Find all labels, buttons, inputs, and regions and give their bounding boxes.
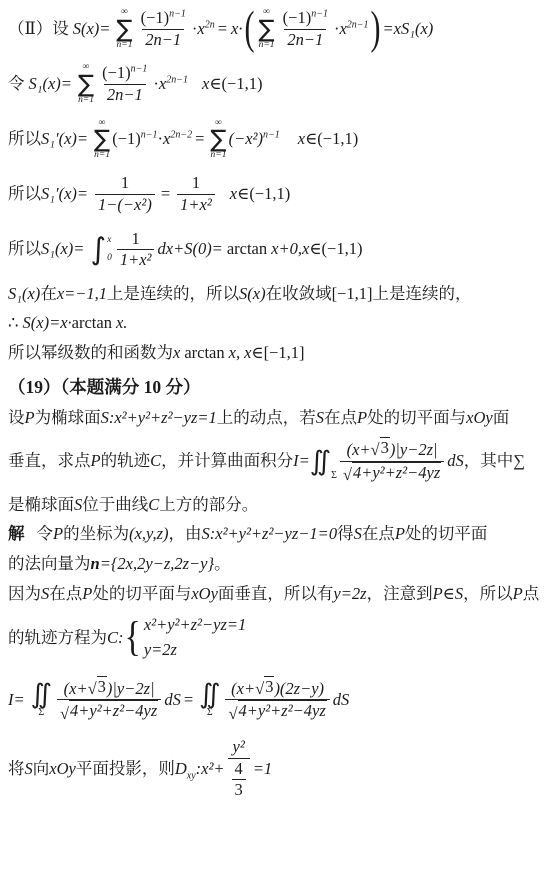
case-equation-1: x²+y²+z²−yz=1 bbox=[144, 613, 246, 638]
differential: dS bbox=[333, 690, 350, 711]
word-therefore: 所以 bbox=[8, 129, 41, 150]
expr: C: bbox=[107, 628, 124, 649]
differential: dx bbox=[157, 239, 173, 260]
radical: √3 bbox=[371, 437, 390, 459]
text: ，并计算曲面积分 bbox=[161, 451, 293, 472]
expr: x=−1,1 bbox=[57, 284, 107, 305]
text: 的坐标为 bbox=[63, 524, 129, 545]
text: 在收敛域 bbox=[266, 284, 332, 305]
big-fraction: (x+√3)|y−2z| √4+y²+z²−4yz bbox=[340, 437, 444, 486]
text: 在 bbox=[40, 284, 57, 305]
text: 在点 bbox=[362, 524, 395, 545]
part-label: （Ⅱ）设 bbox=[8, 19, 69, 40]
numerator: (x+√3)|y−2z| bbox=[344, 437, 441, 461]
expr: S bbox=[41, 584, 49, 605]
equals: = bbox=[161, 184, 170, 205]
power-term: x2n−2 bbox=[163, 129, 192, 150]
expr: S bbox=[316, 408, 324, 429]
summation-operator: ∞ ∑ n=1 bbox=[94, 119, 110, 161]
line-conclusion: ∴ S(x)=x· arctan x. bbox=[8, 313, 544, 334]
expr-rhs: =xS₁(x) bbox=[383, 19, 434, 40]
numerator: (x+√3)|y−2z| bbox=[61, 676, 158, 700]
fraction: (−1)n−1 2n−1 bbox=[280, 8, 331, 50]
differential: dS bbox=[164, 690, 181, 711]
expr: S:x²+y²+z²−yz=1 bbox=[101, 408, 217, 429]
text: 处的切平面与 bbox=[92, 584, 191, 605]
expr: x bbox=[173, 343, 180, 364]
sigma-icon: ∑ bbox=[78, 73, 94, 96]
word-let: 令 bbox=[8, 74, 25, 95]
fraction: (−1)n−1 2n−1 bbox=[99, 63, 150, 105]
double-integral-icon: ∬ bbox=[31, 681, 52, 708]
sigma-surface: ∑ bbox=[513, 451, 525, 472]
line-derivative-closed-form: 所以 S₁′(x)= 1 1−(−x²) = 1 1+x² x∈(−1,1) bbox=[8, 173, 544, 215]
equation-system: x²+y²+z²−yz=1 y=2z bbox=[144, 613, 246, 663]
arctan: arctan bbox=[72, 313, 112, 334]
sigma-icon: ∑ bbox=[210, 128, 226, 151]
sigma-icon: ∑ bbox=[94, 128, 110, 151]
power-term: x2n−1 bbox=[339, 19, 368, 40]
domain: x∈[−1,1] bbox=[244, 343, 304, 364]
line-s1-definition: 令 S₁(x)= ∞ ∑ n=1 (−1)n−1 2n−1 · x2n−1 x∈… bbox=[8, 63, 544, 105]
word-therefore: 所以 bbox=[8, 239, 41, 260]
inner-numerator: 4 bbox=[232, 759, 246, 780]
line-problem-2-integral: 垂直，求点 P 的轨迹 C ，并计算曲面积分 I= ∬Σ (x+√3)|y−2z… bbox=[8, 437, 544, 486]
domain: x∈(−1,1) bbox=[202, 74, 262, 95]
text: 面 bbox=[493, 408, 510, 429]
expr: xOy bbox=[466, 408, 493, 429]
fraction: 1 1+x² bbox=[177, 173, 215, 215]
numerator: 1 bbox=[189, 173, 203, 194]
text: 上是连续的，所以 bbox=[107, 284, 239, 305]
denominator: √4+y²+z²−4yz bbox=[340, 461, 444, 486]
text: 因为 bbox=[8, 584, 41, 605]
expr-lhs: S₁′(x)= bbox=[41, 184, 88, 205]
numerator: y² bbox=[230, 737, 248, 758]
text: 设 bbox=[8, 408, 25, 429]
big-fraction: (x+√3)(2z−y) √4+y²+z²−4yz bbox=[225, 676, 329, 725]
integral-domain-sigma: Σ bbox=[207, 708, 213, 718]
arctan: arctan bbox=[227, 239, 267, 260]
text: ，所以 bbox=[463, 584, 513, 605]
expr: x. bbox=[116, 313, 127, 334]
summation-operator: ∞ ∑ n=1 bbox=[78, 63, 94, 105]
summation-operator: ∞ ∑ n=1 bbox=[258, 8, 274, 50]
word-therefore: 所以 bbox=[8, 184, 41, 205]
text: ，由 bbox=[169, 524, 202, 545]
integral-limits: x0 bbox=[107, 235, 112, 265]
radical: √4+y²+z²−4yz bbox=[343, 462, 441, 484]
text: 是椭球面 bbox=[8, 495, 74, 516]
line-normal-vector: 的法向量为 n ={2x,2y−z,2z−y} 。 bbox=[8, 554, 544, 575]
domain: x∈(−1,1) bbox=[298, 129, 358, 150]
expr: P bbox=[82, 584, 92, 605]
text: 的轨迹方程为 bbox=[8, 628, 107, 649]
expr-lhs: S₁(x)= bbox=[29, 74, 72, 95]
double-integral-icon: ∬ bbox=[310, 446, 331, 477]
domain: x∈(−1,1) bbox=[302, 239, 362, 260]
numerator: (−1)n−1 bbox=[280, 8, 331, 29]
text: 所以幂级数的和函数为 bbox=[8, 343, 173, 364]
denominator: 2n−1 bbox=[104, 84, 146, 106]
numerator: 1 bbox=[129, 229, 143, 250]
text: 在点 bbox=[324, 408, 357, 429]
text: 点 bbox=[523, 584, 540, 605]
expr-lhs: S(x)= bbox=[73, 19, 111, 40]
denominator: √4+y²+z²−4yz bbox=[57, 699, 161, 724]
expr-lhs: I= bbox=[8, 690, 25, 711]
expr-lhs: S₁(x)= bbox=[41, 239, 84, 260]
integral-icon: ∫ bbox=[90, 235, 106, 265]
expr: I= bbox=[293, 451, 310, 472]
differential: dS bbox=[447, 451, 464, 472]
text: 向 bbox=[33, 759, 50, 780]
vector-n: n bbox=[91, 554, 100, 575]
text: 将 bbox=[8, 759, 25, 780]
expr: S:x²+y²+z²−yz−1=0 bbox=[202, 524, 338, 545]
double-integral-icon: ∬ bbox=[199, 681, 220, 708]
expr: P bbox=[513, 584, 523, 605]
equals: = bbox=[218, 19, 227, 40]
text: 处的切平面 bbox=[405, 524, 488, 545]
denominator: 1+x² bbox=[117, 249, 155, 271]
expr: S(x) bbox=[239, 284, 266, 305]
domain: x∈(−1,1) bbox=[230, 184, 290, 205]
radical: √4+y²+z²−4yz bbox=[60, 700, 158, 722]
inner-denominator: 3 bbox=[232, 779, 246, 801]
expr: P bbox=[395, 524, 405, 545]
expr: P bbox=[91, 451, 101, 472]
power-term: x2n−1 bbox=[159, 74, 188, 95]
radical: √4+y²+z²−4yz bbox=[228, 700, 326, 722]
math-solution-document: （Ⅱ）设 S(x)= ∞ ∑ n=1 (−1)n−1 2n−1 · x2n = … bbox=[0, 0, 550, 870]
line-perpendicular-condition: 因为 S 在点 P 处的切平面与 xOy 面垂直，所以有 y=2z ，注意到 P… bbox=[8, 584, 544, 605]
text: 处的切平面与 bbox=[367, 408, 466, 429]
fraction: 1 1+x² bbox=[117, 229, 155, 271]
integral-domain-sigma: Σ bbox=[331, 470, 337, 481]
numerator: 1 bbox=[118, 173, 132, 194]
radical-icon: √ bbox=[371, 442, 380, 459]
text: 。 bbox=[214, 554, 231, 575]
double-integral-operator: ∬ Σ bbox=[31, 681, 52, 718]
radical: √3 bbox=[255, 676, 274, 698]
domain-symbol: Dxy bbox=[175, 759, 196, 780]
problem-heading: （19）（本题满分 10 分） bbox=[8, 377, 544, 399]
text: 的轨迹 bbox=[101, 451, 151, 472]
line-integral-recovery: 所以 S₁(x)= ∫ x0 1 1+x² dx +S(0)= arctan x… bbox=[8, 229, 544, 271]
text: 为椭球面 bbox=[35, 408, 101, 429]
expr: =1 bbox=[253, 759, 272, 780]
line-sum-function: 所以幂级数的和函数为 x arctan x, x∈[−1,1] bbox=[8, 343, 544, 364]
numerator: (x+√3)(2z−y) bbox=[228, 676, 327, 700]
radical: √3 bbox=[88, 676, 107, 698]
line-continuity: S₁(x) 在 x=−1,1 上是连续的，所以 S(x) 在收敛域 [−1,1]… bbox=[8, 284, 544, 305]
expr: S(x)=x· bbox=[23, 313, 72, 334]
denominator: 1−(−x²) bbox=[95, 194, 155, 216]
expr: S bbox=[354, 524, 362, 545]
expr: S bbox=[25, 759, 33, 780]
mid-terms: +S(0)= bbox=[173, 239, 223, 260]
expr: x, bbox=[229, 343, 240, 364]
expr: C bbox=[150, 451, 161, 472]
integral-domain-sigma: Σ bbox=[38, 708, 44, 718]
radical-icon: √ bbox=[60, 706, 69, 723]
expr: xOy bbox=[191, 584, 218, 605]
text: 面垂直，所以有 bbox=[218, 584, 334, 605]
denominator: √4+y²+z²−4yz bbox=[225, 699, 329, 724]
text: 上方的部分。 bbox=[159, 495, 258, 516]
expr: P bbox=[25, 408, 35, 429]
sum-lower-limit: n=1 bbox=[94, 151, 110, 161]
line-problem-1: 设 P 为椭球面 S:x²+y²+z²−yz=1 上的动点，若 S 在点 P 处… bbox=[8, 408, 544, 429]
sum-lower-limit: n=1 bbox=[259, 41, 275, 51]
double-integral-operator: ∬Σ bbox=[310, 448, 337, 476]
text: 上的动点，若 bbox=[217, 408, 316, 429]
interval: [−1,1] bbox=[332, 284, 373, 305]
text: 得 bbox=[337, 524, 354, 545]
inner-fraction: 4 3 bbox=[232, 759, 246, 801]
text: 的法向量为 bbox=[8, 554, 91, 575]
expr: P bbox=[53, 524, 63, 545]
summation-operator: ∞ ∑ n=1 bbox=[116, 8, 132, 50]
sum-lower-limit: n=1 bbox=[78, 96, 94, 106]
series-term: (−x²)n−1 bbox=[229, 129, 280, 150]
denominator: 2n−1 bbox=[284, 29, 326, 51]
text: 垂直，求点 bbox=[8, 451, 91, 472]
factor-x: x· bbox=[231, 19, 242, 40]
numerator: (−1)n−1 bbox=[138, 8, 189, 29]
fraction: (−1)n−1 2n−1 bbox=[138, 8, 189, 50]
denominator: 2n−1 bbox=[142, 29, 184, 51]
line-problem-3: 是椭球面 S 位于曲线 C 上方的部分。 bbox=[8, 495, 544, 516]
series-term: (−1)n−1 bbox=[112, 129, 157, 150]
arctan: arctan bbox=[184, 343, 224, 364]
sum-lower-limit: n=1 bbox=[117, 41, 133, 51]
expr: xOy bbox=[49, 759, 76, 780]
tail-terms: x+0, bbox=[271, 239, 302, 260]
therefore-icon: ∴ bbox=[8, 313, 19, 334]
summation-operator: ∞ ∑ n=1 bbox=[210, 119, 226, 161]
integral-operator: ∫ x0 bbox=[90, 235, 111, 265]
expr: P bbox=[357, 408, 367, 429]
text: 上是连续的， bbox=[373, 284, 472, 305]
radical-icon: √ bbox=[343, 467, 352, 484]
word-solution: 解 bbox=[8, 524, 25, 545]
big-fraction: (x+√3)|y−2z| √4+y²+z²−4yz bbox=[57, 676, 161, 725]
denominator: 4 3 bbox=[228, 758, 250, 801]
text: 在点 bbox=[49, 584, 82, 605]
equals: = bbox=[195, 129, 204, 150]
double-integral-operator: ∬ Σ bbox=[199, 681, 220, 718]
line-derivative-series: 所以 S₁′(x)= ∞ ∑ n=1 (−1)n−1 · x2n−2 = ∞ ∑… bbox=[8, 119, 544, 161]
nested-fraction: y² 4 3 bbox=[228, 737, 250, 801]
fraction: 1 1−(−x²) bbox=[95, 173, 155, 215]
sigma-icon: ∑ bbox=[258, 18, 274, 41]
text: ，注意到 bbox=[367, 584, 433, 605]
text: ，其中 bbox=[464, 451, 514, 472]
expr: (x,y,z) bbox=[129, 524, 168, 545]
equals: = bbox=[184, 690, 193, 711]
radical-icon: √ bbox=[88, 681, 97, 698]
numerator: (−1)n−1 bbox=[99, 63, 150, 84]
expr: P∈S bbox=[433, 584, 464, 605]
radical-icon: √ bbox=[255, 681, 264, 698]
text: 平面投影，则 bbox=[76, 759, 175, 780]
line-series-definition: （Ⅱ）设 S(x)= ∞ ∑ n=1 (−1)n−1 2n−1 · x2n = … bbox=[8, 8, 544, 50]
text: 位于曲线 bbox=[82, 495, 148, 516]
radical-icon: √ bbox=[228, 706, 237, 723]
line-integral-evaluation: I= ∬ Σ (x+√3)|y−2z| √4+y²+z²−4yz dS = ∬ … bbox=[8, 676, 544, 725]
text: 令 bbox=[37, 524, 54, 545]
line-solution-start: 解 令 P 的坐标为 (x,y,z) ，由 S:x²+y²+z²−yz−1=0 … bbox=[8, 524, 544, 545]
expr: C bbox=[148, 495, 159, 516]
sigma-icon: ∑ bbox=[116, 18, 132, 41]
expr: y=2z bbox=[333, 584, 366, 605]
line-projection-domain: 将 S 向 xOy 平面投影，则 Dxy :x²+ y² 4 3 =1 bbox=[8, 737, 544, 801]
expr: S bbox=[74, 495, 82, 516]
expr-lhs: S₁′(x)= bbox=[41, 129, 88, 150]
heading-text: （19）（本题满分 10 分） bbox=[8, 377, 201, 399]
line-locus-equations: 的轨迹方程为 C: { x²+y²+z²−yz=1 y=2z bbox=[8, 613, 544, 663]
denominator: 1+x² bbox=[177, 194, 215, 216]
case-equation-2: y=2z bbox=[144, 638, 177, 663]
expr: :x²+ bbox=[196, 759, 225, 780]
expr: S₁(x) bbox=[8, 284, 40, 305]
power-term: x2n bbox=[197, 19, 214, 40]
sum-lower-limit: n=1 bbox=[211, 151, 227, 161]
expr: ={2x,2y−z,2z−y} bbox=[100, 554, 214, 575]
